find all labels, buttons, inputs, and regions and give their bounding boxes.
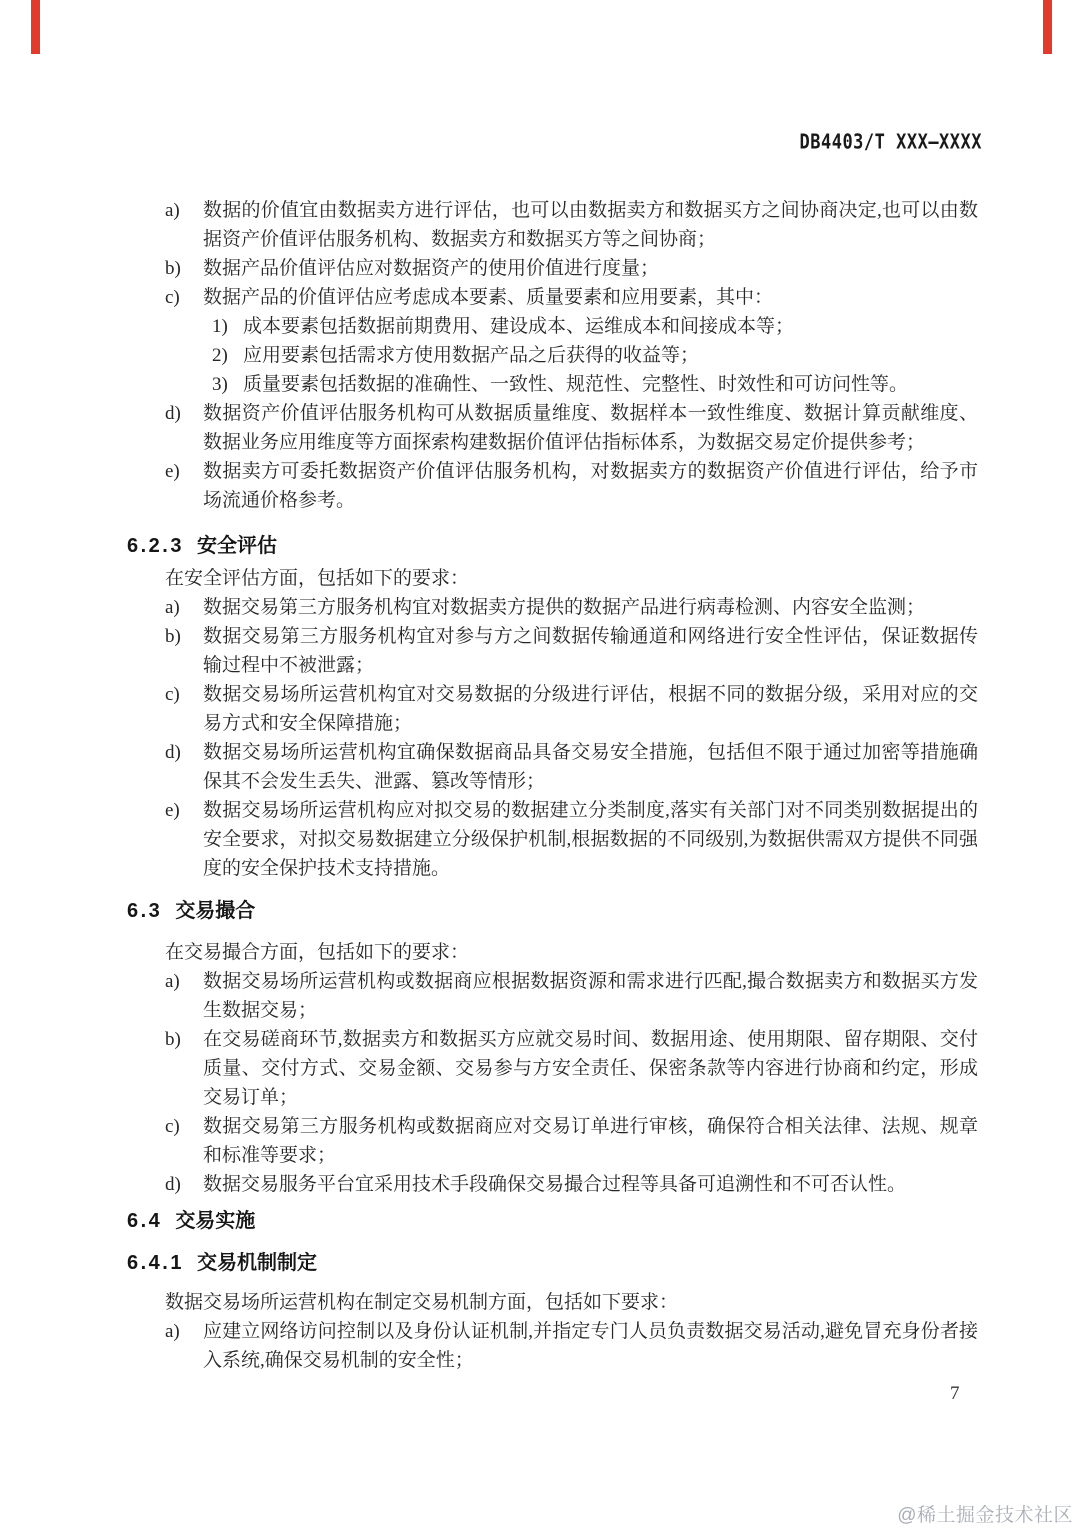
item-label: b) xyxy=(165,1025,181,1054)
item-label: b) xyxy=(165,622,181,651)
section-heading-6-4: 6.4交易实施 xyxy=(127,1204,255,1233)
item-text: 数据交易场所运营机构宜确保数据商品具备交易安全措施，包括但不限于通过加密等措施确… xyxy=(203,742,978,792)
item-text: 数据交易场所运营机构应对拟交易的数据建立分类制度,落实有关部门对不同类别数据提出… xyxy=(203,800,978,879)
red-edge-mark-right xyxy=(1043,0,1052,54)
item-label: c) xyxy=(165,1112,180,1141)
item-text: 在交易磋商环节,数据卖方和数据买方应就交易时间、数据用途、使用期限、留存期限、交… xyxy=(203,1029,978,1108)
list-item: e)数据卖方可委托数据资产价值评估服务机构，对数据卖方的数据资产价值进行评估，给… xyxy=(165,457,978,515)
list-item: d)数据交易服务平台宜采用技术手段确保交易撮合过程等具备可追溯性和不可否认性。 xyxy=(165,1170,978,1199)
list-item: a)数据的价值宜由数据卖方进行评估，也可以由数据卖方和数据买方之间协商决定,也可… xyxy=(165,196,978,254)
section-heading-6-4-1: 6.4.1交易机制制定 xyxy=(127,1246,317,1275)
item-label: 3) xyxy=(212,370,228,399)
list-item: a)数据交易第三方服务机构宜对数据卖方提供的数据产品进行病毒检测、内容安全监测； xyxy=(165,593,978,622)
section-heading-6-2-3: 6.2.3安全评估 xyxy=(127,529,277,558)
list-item: b)数据产品价值评估应对数据资产的使用价值进行度量； xyxy=(165,254,978,283)
page-number: 7 xyxy=(950,1383,960,1405)
sub-list-item: 1)成本要素包括数据前期费用、建设成本、运维成本和间接成本等； xyxy=(165,312,978,341)
item-text: 数据的价值宜由数据卖方进行评估，也可以由数据卖方和数据买方之间协商决定,也可以由… xyxy=(203,200,978,250)
list-item: c)数据交易场所运营机构宜对交易数据的分级进行评估，根据不同的数据分级，采用对应… xyxy=(165,680,978,738)
item-label: a) xyxy=(165,593,180,622)
item-label: b) xyxy=(165,254,181,283)
section-number: 6.3 xyxy=(127,900,162,922)
item-text: 质量要素包括数据的准确性、一致性、规范性、完整性、时效性和可访问性等。 xyxy=(243,374,908,395)
item-text: 数据产品的价值评估应考虑成本要素、质量要素和应用要素，其中： xyxy=(203,287,773,308)
list-item: d)数据交易场所运营机构宜确保数据商品具备交易安全措施，包括但不限于通过加密等措… xyxy=(165,738,978,796)
section-intro: 数据交易场所运营机构在制定交易机制方面，包括如下要求： xyxy=(165,1288,978,1317)
document-page: DB4403/T XXX—XXXX a)数据的价值宜由数据卖方进行评估，也可以由… xyxy=(0,0,1080,1528)
item-label: d) xyxy=(165,1170,181,1199)
item-text: 数据资产价值评估服务机构可从数据质量维度、数据样本一致性维度、数据计算贡献维度、… xyxy=(203,403,978,453)
item-text: 数据交易第三方服务机构或数据商应对交易订单进行审核，确保符合相关法律、法规、规章… xyxy=(203,1116,978,1166)
security-assessment-block: 在安全评估方面，包括如下的要求： a)数据交易第三方服务机构宜对数据卖方提供的数… xyxy=(165,564,978,883)
item-text: 数据交易场所运营机构宜对交易数据的分级进行评估，根据不同的数据分级，采用对应的交… xyxy=(203,684,978,734)
document-code: DB4403/T XXX—XXXX xyxy=(800,131,983,155)
item-label: a) xyxy=(165,1317,180,1346)
red-edge-mark-left xyxy=(31,0,40,54)
item-text: 数据产品价值评估应对数据资产的使用价值进行度量； xyxy=(203,258,659,279)
item-label: a) xyxy=(165,196,180,225)
list-item: d)数据资产价值评估服务机构可从数据质量维度、数据样本一致性维度、数据计算贡献维… xyxy=(165,399,978,457)
item-label: 2) xyxy=(212,341,228,370)
item-label: c) xyxy=(165,283,180,312)
item-text: 应用要素包括需求方使用数据产品之后获得的收益等； xyxy=(243,345,699,366)
item-text: 数据交易服务平台宜采用技术手段确保交易撮合过程等具备可追溯性和不可否认性。 xyxy=(203,1174,906,1195)
item-label: e) xyxy=(165,457,180,486)
list-item: b)在交易磋商环节,数据卖方和数据买方应就交易时间、数据用途、使用期限、留存期限… xyxy=(165,1025,978,1112)
item-label: d) xyxy=(165,399,181,428)
list-item: e)数据交易场所运营机构应对拟交易的数据建立分类制度,落实有关部门对不同类别数据… xyxy=(165,796,978,883)
section-intro: 在交易撮合方面，包括如下的要求： xyxy=(165,938,978,967)
section-heading-6-3: 6.3交易撮合 xyxy=(127,894,255,923)
item-text: 数据交易第三方服务机构宜对数据卖方提供的数据产品进行病毒检测、内容安全监测； xyxy=(203,597,925,618)
item-text: 应建立网络访问控制以及身份认证机制,并指定专门人员负责数据交易活动,避免冒充身份… xyxy=(203,1321,978,1371)
item-label: e) xyxy=(165,796,180,825)
section-title: 交易撮合 xyxy=(175,900,255,922)
section-title: 安全评估 xyxy=(197,535,277,557)
valuation-requirements-list: a)数据的价值宜由数据卖方进行评估，也可以由数据卖方和数据买方之间协商决定,也可… xyxy=(165,196,978,515)
list-item: c)数据交易第三方服务机构或数据商应对交易订单进行审核，确保符合相关法律、法规、… xyxy=(165,1112,978,1170)
trade-mechanism-block: 数据交易场所运营机构在制定交易机制方面，包括如下要求： a)应建立网络访问控制以… xyxy=(165,1288,978,1375)
item-label: a) xyxy=(165,967,180,996)
sub-list-item: 2)应用要素包括需求方使用数据产品之后获得的收益等； xyxy=(165,341,978,370)
section-title: 交易机制制定 xyxy=(197,1252,317,1274)
item-label: c) xyxy=(165,680,180,709)
item-text: 数据交易场所运营机构或数据商应根据数据资源和需求进行匹配,撮合数据卖方和数据买方… xyxy=(203,971,978,1021)
trade-matching-block: 在交易撮合方面，包括如下的要求： a)数据交易场所运营机构或数据商应根据数据资源… xyxy=(165,938,978,1199)
section-number: 6.2.3 xyxy=(127,535,184,557)
section-intro: 在安全评估方面，包括如下的要求： xyxy=(165,564,978,593)
list-item: a)应建立网络访问控制以及身份认证机制,并指定专门人员负责数据交易活动,避免冒充… xyxy=(165,1317,978,1375)
section-number: 6.4 xyxy=(127,1210,162,1232)
watermark-text: @稀土掘金技术社区 xyxy=(897,1500,1073,1527)
list-item: a)数据交易场所运营机构或数据商应根据数据资源和需求进行匹配,撮合数据卖方和数据… xyxy=(165,967,978,1025)
item-text: 成本要素包括数据前期费用、建设成本、运维成本和间接成本等； xyxy=(243,316,794,337)
item-text: 数据卖方可委托数据资产价值评估服务机构，对数据卖方的数据资产价值进行评估，给予市… xyxy=(203,461,978,511)
item-label: 1) xyxy=(212,312,228,341)
sub-list-item: 3)质量要素包括数据的准确性、一致性、规范性、完整性、时效性和可访问性等。 xyxy=(165,370,978,399)
item-label: d) xyxy=(165,738,181,767)
list-item: b)数据交易第三方服务机构宜对参与方之间数据传输通道和网络进行安全性评估，保证数… xyxy=(165,622,978,680)
item-text: 数据交易第三方服务机构宜对参与方之间数据传输通道和网络进行安全性评估，保证数据传… xyxy=(203,626,978,676)
list-item: c)数据产品的价值评估应考虑成本要素、质量要素和应用要素，其中： xyxy=(165,283,978,312)
section-number: 6.4.1 xyxy=(127,1252,184,1274)
section-title: 交易实施 xyxy=(175,1210,255,1232)
